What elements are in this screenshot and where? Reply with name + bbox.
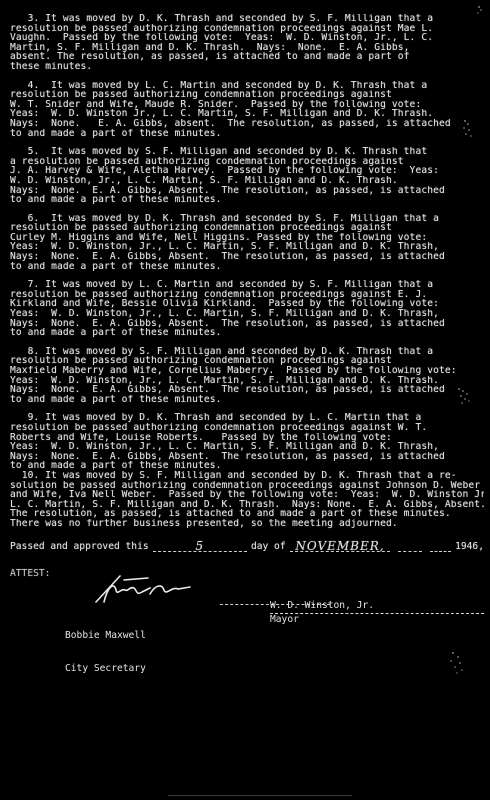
passed-approved-line: Passed and approved this 5 day of NOVEMB… <box>10 539 484 552</box>
film-speckle <box>458 388 460 390</box>
attest-label: ATTEST: <box>10 568 484 579</box>
minutes-line: Yeas: W. D. Winston, Jr., L. C. Martin, … <box>10 376 484 386</box>
minutes-line: absent. The resolution, as passed, is at… <box>10 52 484 62</box>
minutes-paragraph: 10. It was moved by S. F. Milligan and s… <box>10 471 484 529</box>
minutes-line: Nays: None. E. A. Gibbs, absent. The res… <box>10 119 484 129</box>
minutes-paragraph: 8. It was moved by S. F. Milligan and se… <box>10 347 484 405</box>
minutes-paragraph: 9. It was moved by D. K. Thrash and seco… <box>10 413 484 471</box>
minutes-paragraph: 7. It was moved by L. C. Martin and seco… <box>10 280 484 338</box>
minutes-line: J. A. Harvey & Wife, Aletha Harvey. Pass… <box>10 166 484 176</box>
minutes-paragraph: 4. It was moved by L. C. Martin and seco… <box>10 81 484 139</box>
secretary-name: Bobbie Maxwell <box>65 630 146 641</box>
minutes-line: Nays: None. E. A. Gibbs, Absent. The res… <box>10 186 484 196</box>
closing-year: 1946, <box>455 541 484 552</box>
minutes-line: resolution be passed authorizing condemn… <box>10 90 484 100</box>
closing-prefix: Passed and approved this <box>10 541 149 552</box>
minutes-line: 4. It was moved by L. C. Martin and seco… <box>10 81 484 91</box>
secretary-name-title: Bobbie Maxwell City Secretary <box>65 608 146 696</box>
minutes-line: 6. It was moved by D. K. Thrash and seco… <box>10 214 484 224</box>
minutes-line: Nays: None. E. A. Gibbs, Absent. The res… <box>10 452 484 462</box>
minutes-line: L. C. Martin, S. F. Milligan and D. K. T… <box>10 500 484 510</box>
minutes-line: The resolution, as passed, is attached t… <box>10 509 484 519</box>
minutes-line: to and made a part of these minutes. <box>10 328 484 338</box>
minutes-line: Vaughn. Passed by the following vote: Ye… <box>10 33 484 43</box>
minutes-line: Yeas: W. D. Winston, Jr., L. C. Martin, … <box>10 309 484 319</box>
minutes-line: and Wife, Iva Nell Weber. Passed by the … <box>10 490 484 500</box>
film-speckle <box>464 120 466 122</box>
mayor-signature-area: W. D. Winston, Jr. Mayor <box>270 600 484 626</box>
minutes-line: 9. It was moved by D. K. Thrash and seco… <box>10 413 484 423</box>
minutes-line: Nays: None. E. A. Gibbs, Absent. The res… <box>10 252 484 262</box>
minutes-line: 8. It was moved by S. F. Milligan and se… <box>10 347 484 357</box>
handwritten-day: 5 <box>195 539 204 553</box>
minutes-line: to and made a part of these minutes. <box>10 262 484 272</box>
minutes-line: Nays: None. E. A. Gibbs, Absent. The res… <box>10 319 484 329</box>
minutes-line: Curley M. Higgins and Wife, Nell Higgins… <box>10 233 484 243</box>
mayor-title: Mayor <box>270 614 484 626</box>
minutes-line: solution be passed authorizing condemnat… <box>10 481 484 491</box>
minutes-line: Yeas: W. D. Winston, Jr., L. C. Martin, … <box>10 242 484 252</box>
minutes-scan: 3. It was moved by D. K. Thrash and seco… <box>10 14 484 579</box>
minutes-line: to and made a part of these minutes. <box>10 195 484 205</box>
minutes-paragraph: 6. It was moved by D. K. Thrash and seco… <box>10 214 484 272</box>
film-speckle <box>452 652 454 654</box>
minutes-line: Maxfield Maberry and Wife, Cornelius Mab… <box>10 366 484 376</box>
secretary-title: City Secretary <box>65 663 146 674</box>
minutes-line: Yeas: W. D. Winston, Jr., L. C. Martin, … <box>10 442 484 452</box>
minutes-line: There was no further business presented,… <box>10 519 484 529</box>
closing-middle: day of <box>251 541 286 552</box>
minutes-line: Kirkland and Wife, Bessie Olivia Kirklan… <box>10 299 484 309</box>
minutes-line: 3. It was moved by D. K. Thrash and seco… <box>10 14 484 24</box>
blank-segment <box>430 551 451 552</box>
blank-segment <box>398 551 422 552</box>
minutes-line: resolution be passed authorizing condemn… <box>10 223 484 233</box>
minutes-line: resolution be passed authorizing condemn… <box>10 24 484 34</box>
minutes-line: to and made a part of these minutes. <box>10 461 484 471</box>
day-blank: 5 <box>153 539 247 552</box>
minutes-line: resolution be passed authorizing condemn… <box>10 423 484 433</box>
minutes-line: resolution be passed authorizing condemn… <box>10 356 484 366</box>
minutes-line: Martin, S. F. Milligan and D. K. Thrash.… <box>10 43 484 53</box>
minutes-line: to and made a part of these minutes. <box>10 395 484 405</box>
minutes-line: 7. It was moved by L. C. Martin and seco… <box>10 280 484 290</box>
signature-block: Bobbie Maxwell City Secretary W. D. Wins… <box>10 578 484 638</box>
handwritten-month: NOVEMBER, <box>295 539 384 553</box>
scan-edge-artifact <box>168 795 352 796</box>
minutes-paragraph: 5. It was moved by S. F. Milligan and se… <box>10 147 484 205</box>
minutes-line: Yeas: W. D. Winston Jr., L. C. Martin, S… <box>10 109 484 119</box>
minutes-line: 5. It was moved by S. F. Milligan and se… <box>10 147 484 157</box>
minutes-line: W. D. Winston, Jr., L. C. Martin, S. F. … <box>10 176 484 186</box>
minutes-line: Nays: None. E. A. Gibbs, Absent. The res… <box>10 385 484 395</box>
scanned-minutes-page: { "page": { "background": "#000000", "in… <box>0 0 490 800</box>
city-secretary-signature-icon <box>90 572 230 608</box>
film-speckle <box>478 6 480 8</box>
minutes-line: W. T. Snider and Wife, Maude R. Snider. … <box>10 100 484 110</box>
minutes-body: 3. It was moved by D. K. Thrash and seco… <box>10 14 484 529</box>
minutes-line: 10. It was moved by S. F. Milligan and s… <box>10 471 484 481</box>
month-blank: NOVEMBER, <box>290 539 391 552</box>
minutes-line: to and made a part of these minutes. <box>10 129 484 139</box>
minutes-line: these minutes. <box>10 62 484 72</box>
minutes-paragraph: 3. It was moved by D. K. Thrash and seco… <box>10 14 484 72</box>
minutes-line: a resolution be passed authorizing conde… <box>10 157 484 167</box>
minutes-line: resolution be passed authorizing condemn… <box>10 290 484 300</box>
minutes-line: Roberts and Wife, Louise Roberts. Passed… <box>10 433 484 443</box>
mayor-name: W. D. Winston, Jr. <box>270 600 484 614</box>
